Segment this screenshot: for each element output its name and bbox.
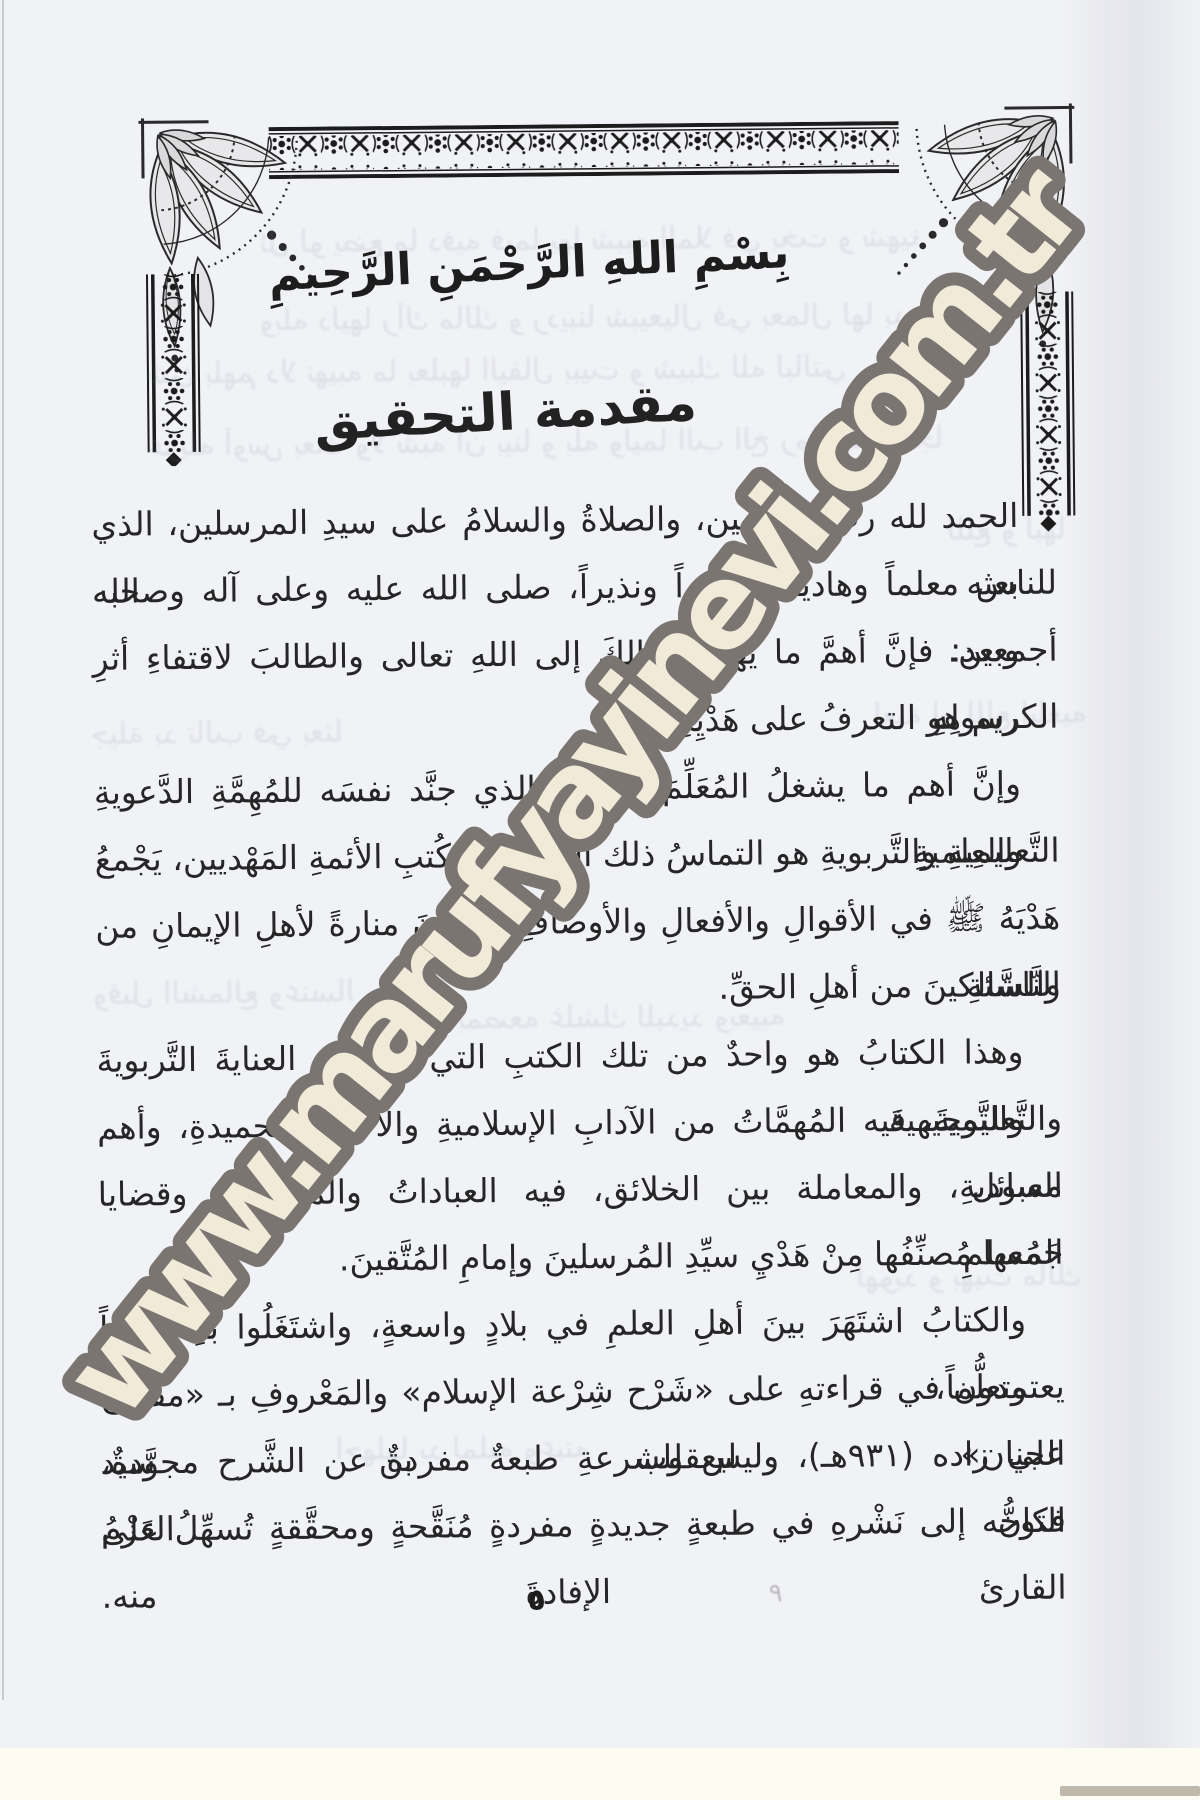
text-line: للناس معلماً وهادياً ومبشراً ونذيراً، صل… xyxy=(92,549,1058,625)
text-line: والكتابُ اشتَهَرَ بينَ أهلِ العلمِ في بل… xyxy=(99,1286,1065,1362)
page-sheet: ئل لو يضع ما دفيه فيما بها شببه الملا في… xyxy=(0,0,1200,1748)
text-line: علي زاده (٩٣١هـ)، وليس للشرعةِ طبعةٌ مفر… xyxy=(100,1420,1066,1496)
text-line: وإنَّ أهم ما يشغلُ المُعَلِّمَ المُربِّي… xyxy=(94,750,1060,826)
scanner-background-strip xyxy=(0,1748,1200,1800)
page-content: ئل لو يضع ما دفيه فيما بها شببه الملا في… xyxy=(0,0,1200,1754)
text-line: وهذا الكتابُ هو واحدٌ من تلك الكتبِ التي… xyxy=(96,1018,1062,1094)
text-line: التَّعليميةِ والتَّربويةِ هو التماسُ ذلك… xyxy=(94,817,1060,893)
text-line: العبوديةِ، والمعاملة بين الخلائق، فيه ال… xyxy=(97,1152,1063,1228)
scanner-edge-artifact xyxy=(1060,1786,1200,1796)
text-line: جَمَعها مُصنِّفُها مِنْ هَدْيِ سيِّدِ ال… xyxy=(98,1219,1064,1295)
text-line: والسَّالكينَ من أهلِ الحقِّ. xyxy=(96,951,1062,1027)
top-ornament-band xyxy=(269,121,899,179)
text-line: يعتمدون في قراءتهِ على «شَرْح شِرْعة الإ… xyxy=(99,1353,1065,1429)
text-line: وبعد: فإنَّ أهمَّ ما يهمُّ السالِكَ إلى … xyxy=(92,616,1058,692)
text-line: الكريم هو التعرفُ على هَدْيِهِ ﷺ. xyxy=(93,683,1059,759)
body-text: الحمد لله ربِّ العالمين، والصلاةُ والسلا… xyxy=(91,482,1066,1563)
text-line: والتَّعليميةَ، فيه المُهمَّاتُ من الآداب… xyxy=(97,1085,1063,1161)
text-line: الحمد لله ربِّ العالمين، والصلاةُ والسلا… xyxy=(91,482,1057,558)
bleed-through-layer: ئل لو يضع ما دفيه فيما بها شببه الملا في… xyxy=(0,0,1191,6)
text-line: التوجُّه إلى نَشْرهِ في طبعةٍ جديدةٍ مفر… xyxy=(101,1487,1067,1563)
text-line: هَدْيَهُ ﷺ في الأقوالِ والأفعالِ والأوصا… xyxy=(95,884,1061,960)
bleed-through-line: وبله دليها رأك مالك و رديبنا شبيعيال في … xyxy=(259,297,959,339)
scanned-book-page: { "page": { "basmala": "بِسْمِ اللهِ الر… xyxy=(0,0,1200,1800)
